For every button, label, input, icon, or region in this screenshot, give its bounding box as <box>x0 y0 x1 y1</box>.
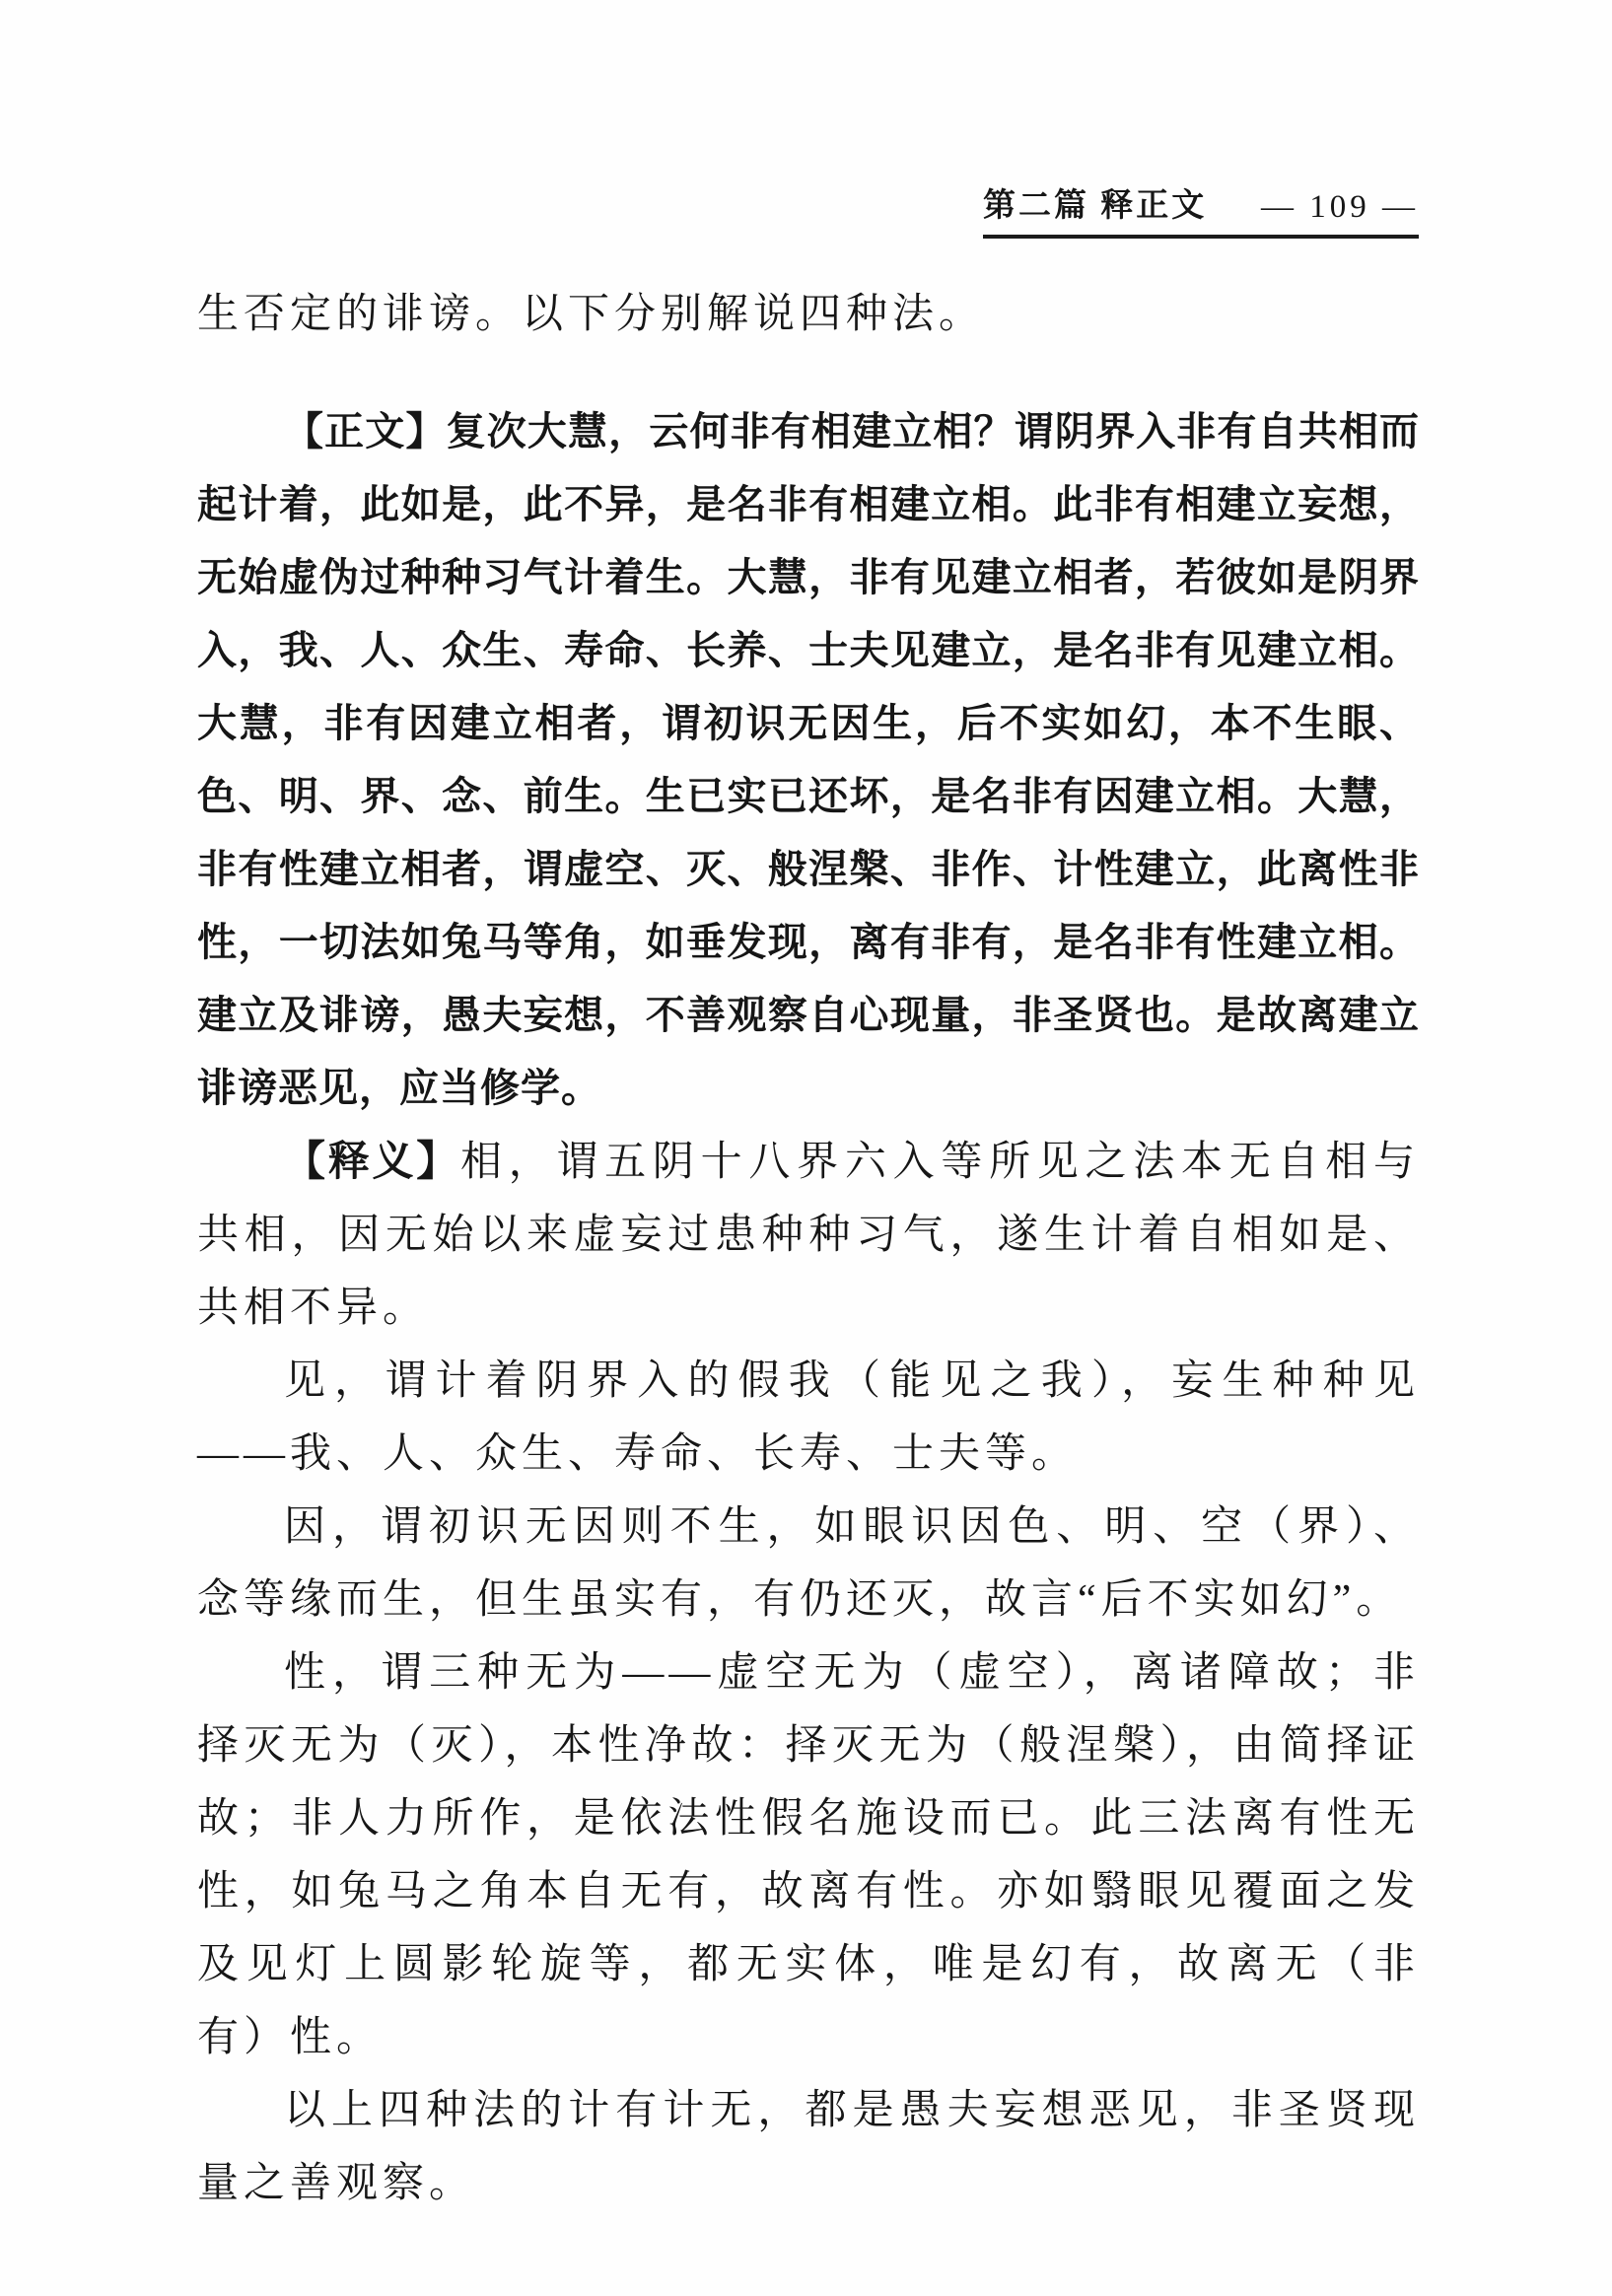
header-page-number: — 109 — <box>1261 189 1419 226</box>
scripture-marker: 【正文】 <box>284 410 447 453</box>
commentary-paragraph: 【释义】相，谓五阴十八界六入等所见之法本无自相与共相，因无始以来虚妄过患种种习气… <box>197 1125 1420 1345</box>
intro-text: 生否定的诽谤。以下分别解说四种法。 <box>197 292 985 337</box>
paragraph-text: 以上四种法的计有计无，都是愚夫妄想恶见，非圣贤现量之善观察。 <box>197 2088 1420 2206</box>
paragraph-text: 见，谓计着阴界入的假我（能见之我），妄生种种见——我、人、众生、寿命、长寿、士夫… <box>197 1358 1420 1477</box>
commentary-marker: 【释义】 <box>284 1138 460 1184</box>
book-page: 第二篇 释正文 — 109 — 生否定的诽谤。以下分别解说四种法。 【正文】复次… <box>0 0 1612 2296</box>
text-column: 生否定的诽谤。以下分别解说四种法。 【正文】复次大慧，云何非有相建立相？谓阴界入… <box>197 278 1420 2220</box>
header-section-title: 第二篇 释正文 <box>983 179 1207 226</box>
commentary-paragraph: 以上四种法的计有计无，都是愚夫妄想恶见，非圣贤现量之善观察。 <box>197 2074 1420 2220</box>
paragraph-text: 因，谓初识无因则不生，如眼识因色、明、空（界）、念等缘而生，但生虽实有，有仍还灭… <box>197 1504 1420 1623</box>
running-header: 第二篇 释正文 — 109 — <box>983 179 1419 239</box>
commentary-paragraph: 因，谓初识无因则不生，如眼识因色、明、空（界）、念等缘而生，但生虽实有，有仍还灭… <box>197 1491 1420 1636</box>
scripture-paragraph: 【正文】复次大慧，云何非有相建立相？谓阴界入非有自共相而起计着，此如是，此不异，… <box>197 395 1420 1125</box>
paragraph-text: 性，谓三种无为——虚空无为（虚空），离诸障故；非择灭无为（灭），本性净故：择灭无… <box>197 1650 1420 2060</box>
intro-paragraph: 生否定的诽谤。以下分别解说四种法。 <box>197 278 1420 351</box>
commentary-paragraph: 见，谓计着阴界入的假我（能见之我），妄生种种见——我、人、众生、寿命、长寿、士夫… <box>197 1345 1420 1491</box>
scripture-text: 复次大慧，云何非有相建立相？谓阴界入非有自共相而起计着，此如是，此不异，是名非有… <box>197 410 1420 1110</box>
commentary-paragraph: 性，谓三种无为——虚空无为（虚空），离诸障故；非择灭无为（灭），本性净故：择灭无… <box>197 1636 1420 2074</box>
